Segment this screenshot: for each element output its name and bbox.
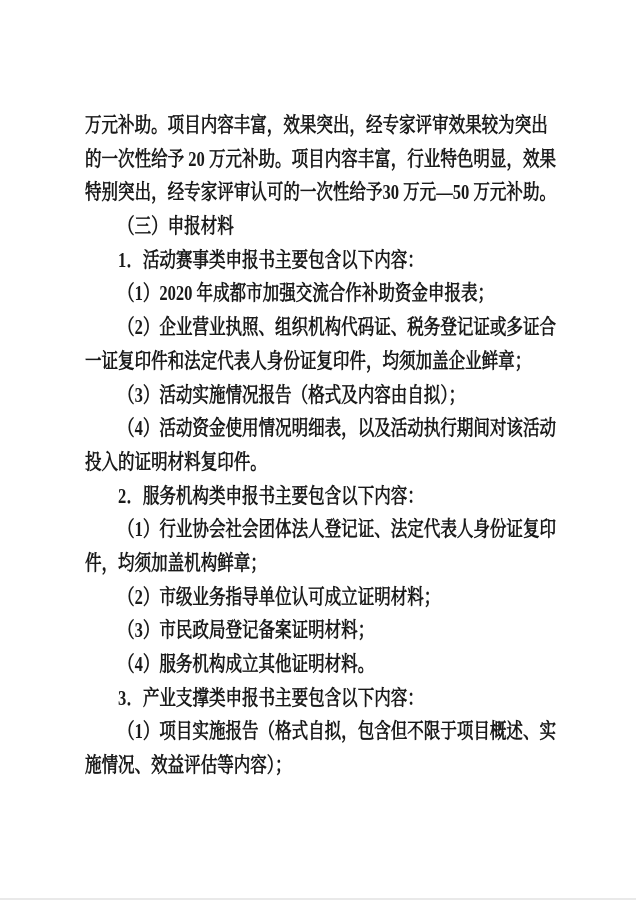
- text-line: （2）市级业务指导单位认可成立证明材料；: [85, 581, 551, 615]
- text-line: （2）企业营业执照、组织机构代码证、税务登记证或多证合: [85, 311, 551, 345]
- text-line: 施情况、效益评估等内容）；: [85, 749, 551, 783]
- text-line: 的一次性给予 20 万元补助。项目内容丰富，行业特色明显，效果: [85, 143, 551, 177]
- text-line: （三）申报材料: [85, 210, 551, 244]
- text-line: 万元补助。项目内容丰富，效果突出，经专家评审效果较为突出: [85, 109, 551, 143]
- text-line: （1）项目实施报告（格式自拟，包含但不限于项目概述、实: [85, 715, 551, 749]
- text-line: 1．活动赛事类申报书主要包含以下内容：: [85, 244, 551, 278]
- text-line: 3．产业支撑类申报书主要包含以下内容：: [85, 682, 551, 716]
- text-line: 投入的证明材料复印件。: [85, 446, 551, 480]
- text-line: （4）活动资金使用情况明细表，以及活动执行期间对该活动: [85, 412, 551, 446]
- text-line: 一证复印件和法定代表人身份证复印件，均须加盖企业鲜章；: [85, 345, 551, 379]
- text-line: （3）市民政局登记备案证明材料；: [85, 614, 551, 648]
- text-line: 特别突出，经专家评审认可的一次性给予30 万元—50 万元补助。: [85, 176, 551, 210]
- text-line: 2．服务机构类申报书主要包含以下内容：: [85, 480, 551, 514]
- text-line: （3）活动实施情况报告（格式及内容由自拟）；: [85, 379, 551, 413]
- text-line: 件，均须加盖机构鲜章；: [85, 547, 551, 581]
- text-line: （1）行业协会社会团体法人登记证、法定代表人身份证复印: [85, 513, 551, 547]
- text-line: （4）服务机构成立其他证明材料。: [85, 648, 551, 682]
- document-page: 万元补助。项目内容丰富，效果突出，经专家评审效果较为突出的一次性给予 20 万元…: [0, 0, 636, 900]
- text-line: （1）2020 年成都市加强交流合作补助资金申报表；: [85, 277, 551, 311]
- document-text-block: 万元补助。项目内容丰富，效果突出，经专家评审效果较为突出的一次性给予 20 万元…: [85, 109, 551, 783]
